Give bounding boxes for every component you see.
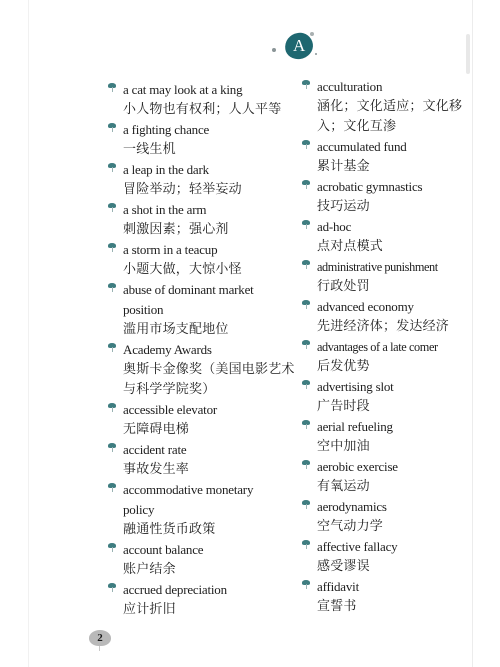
bullet-icon: [302, 80, 310, 89]
entry-definition: 宣誓书: [317, 597, 467, 617]
entry: aerial refueling 空中加油: [302, 417, 467, 457]
left-column: a cat may look at a king 小人物也有权利；人人平等 a …: [108, 80, 293, 620]
bullet-icon: [302, 420, 310, 429]
entry: aerodynamics 空气动力学: [302, 497, 467, 537]
entry-definition: 技巧运动: [317, 197, 467, 217]
bullet-icon: [108, 283, 116, 292]
entry-definition: 刺激因素；强心剂: [123, 220, 293, 240]
entry-term: affidavit: [317, 577, 467, 597]
entry: abuse of dominant market position 滥用市场支配…: [108, 280, 293, 340]
section-letter: A: [293, 36, 305, 56]
entry-term: abuse of dominant market position: [123, 280, 273, 320]
bullet-icon: [302, 380, 310, 389]
entry: accessible elevator 无障碍电梯: [108, 400, 293, 440]
entry: accrued depreciation 应计折旧: [108, 580, 293, 620]
bullet-icon: [108, 83, 116, 92]
entry-definition: 冒险举动；轻举妄动: [123, 180, 293, 200]
bullet-icon: [108, 343, 116, 352]
page-number-badge: 2: [89, 630, 111, 646]
page-number: 2: [97, 632, 103, 644]
entry: affidavit 宣誓书: [302, 577, 467, 617]
bullet-icon: [302, 580, 310, 589]
entry-definition: 广告时段: [317, 397, 467, 417]
entry: affective fallacy 感受谬误: [302, 537, 467, 577]
bullet-icon: [302, 180, 310, 189]
entry-term: accrued depreciation: [123, 580, 293, 600]
entry-definition: 涵化；文化适应；文化移入；文化互渗: [317, 97, 467, 137]
entry-term: a shot in the arm: [123, 200, 293, 220]
entry: aerobic exercise 有氧运动: [302, 457, 467, 497]
entry: a shot in the arm 刺激因素；强心剂: [108, 200, 293, 240]
entry-term: aerodynamics: [317, 497, 467, 517]
bullet-icon: [108, 403, 116, 412]
entry-definition: 一线生机: [123, 140, 293, 160]
entry: account balance 账户结余: [108, 540, 293, 580]
entry-term: accessible elevator: [123, 400, 293, 420]
page-gutter-line: [28, 0, 29, 667]
entry-term: accumulated fund: [317, 137, 467, 157]
entry-term: a leap in the dark: [123, 160, 293, 180]
bullet-icon: [108, 203, 116, 212]
entry-definition: 小题大做，大惊小怪: [123, 260, 293, 280]
decorative-dot: [310, 32, 314, 36]
entry-term: Academy Awards: [123, 340, 293, 360]
page-edge-mark: [466, 34, 470, 74]
bullet-icon: [108, 583, 116, 592]
bullet-icon: [302, 300, 310, 309]
entry-term: acculturation: [317, 77, 467, 97]
entry-term: advantages of a late comer: [317, 337, 467, 357]
entry-definition: 有氧运动: [317, 477, 467, 497]
entry-term: a storm in a teacup: [123, 240, 293, 260]
decorative-dot: [315, 53, 317, 55]
entry: accident rate 事故发生率: [108, 440, 293, 480]
entry: a storm in a teacup 小题大做，大惊小怪: [108, 240, 293, 280]
right-column: acculturation 涵化；文化适应；文化移入；文化互渗 accumula…: [302, 77, 467, 617]
entry: administrative punishment 行政处罚: [302, 257, 467, 297]
bullet-icon: [108, 163, 116, 172]
entry-definition: 应计折旧: [123, 600, 293, 620]
entry-definition: 融通性货币政策: [123, 520, 293, 540]
entry: advantages of a late comer 后发优势: [302, 337, 467, 377]
entry: acculturation 涵化；文化适应；文化移入；文化互渗: [302, 77, 467, 137]
entry-term: administrative punishment: [317, 257, 467, 277]
entry: accumulated fund 累计基金: [302, 137, 467, 177]
entry-term: accommodative monetary policy: [123, 480, 273, 520]
entry-definition: 后发优势: [317, 357, 467, 377]
bullet-icon: [302, 140, 310, 149]
entry-definition: 无障碍电梯: [123, 420, 293, 440]
bullet-icon: [302, 460, 310, 469]
entry-definition: 行政处罚: [317, 277, 467, 297]
entry-definition: 先进经济体；发达经济: [317, 317, 467, 337]
entry-definition: 事故发生率: [123, 460, 293, 480]
entry-definition: 空气动力学: [317, 517, 467, 537]
entry-definition: 累计基金: [317, 157, 467, 177]
entry-term: a cat may look at a king: [123, 80, 293, 100]
entry: advanced economy 先进经济体；发达经济: [302, 297, 467, 337]
page-edge-line: [472, 0, 473, 667]
entry-definition: 感受谬误: [317, 557, 467, 577]
entry-definition: 空中加油: [317, 437, 467, 457]
entry-term: aerobic exercise: [317, 457, 467, 477]
entry-term: affective fallacy: [317, 537, 467, 557]
entry: advertising slot 广告时段: [302, 377, 467, 417]
entry: ad-hoc 点对点模式: [302, 217, 467, 257]
entry-term: accident rate: [123, 440, 293, 460]
bullet-icon: [108, 543, 116, 552]
bullet-icon: [302, 260, 310, 269]
entry-definition: 奥斯卡金像奖（美国电影艺术与科学学院奖）: [123, 360, 295, 400]
entry-definition: 点对点模式: [317, 237, 467, 257]
decorative-dot: [272, 48, 276, 52]
bullet-icon: [302, 340, 310, 349]
bullet-icon: [302, 540, 310, 549]
entry-definition: 滥用市场支配地位: [123, 320, 293, 340]
bullet-icon: [108, 123, 116, 132]
entry-definition: 小人物也有权利；人人平等: [123, 100, 293, 120]
bullet-icon: [108, 243, 116, 252]
entry: Academy Awards 奥斯卡金像奖（美国电影艺术与科学学院奖）: [108, 340, 293, 400]
entry: a fighting chance 一线生机: [108, 120, 293, 160]
entry-term: ad-hoc: [317, 217, 467, 237]
bullet-icon: [108, 483, 116, 492]
entry-term: a fighting chance: [123, 120, 293, 140]
bullet-icon: [302, 220, 310, 229]
entry: a leap in the dark 冒险举动；轻举妄动: [108, 160, 293, 200]
entry-definition: 账户结余: [123, 560, 293, 580]
entry: acrobatic gymnastics 技巧运动: [302, 177, 467, 217]
entry-term: account balance: [123, 540, 293, 560]
bullet-icon: [302, 500, 310, 509]
entry: a cat may look at a king 小人物也有权利；人人平等: [108, 80, 293, 120]
entry-term: acrobatic gymnastics: [317, 177, 467, 197]
entry-term: advanced economy: [317, 297, 467, 317]
bullet-icon: [108, 443, 116, 452]
entry-term: advertising slot: [317, 377, 467, 397]
entry-term: aerial refueling: [317, 417, 467, 437]
entry: accommodative monetary policy 融通性货币政策: [108, 480, 293, 540]
